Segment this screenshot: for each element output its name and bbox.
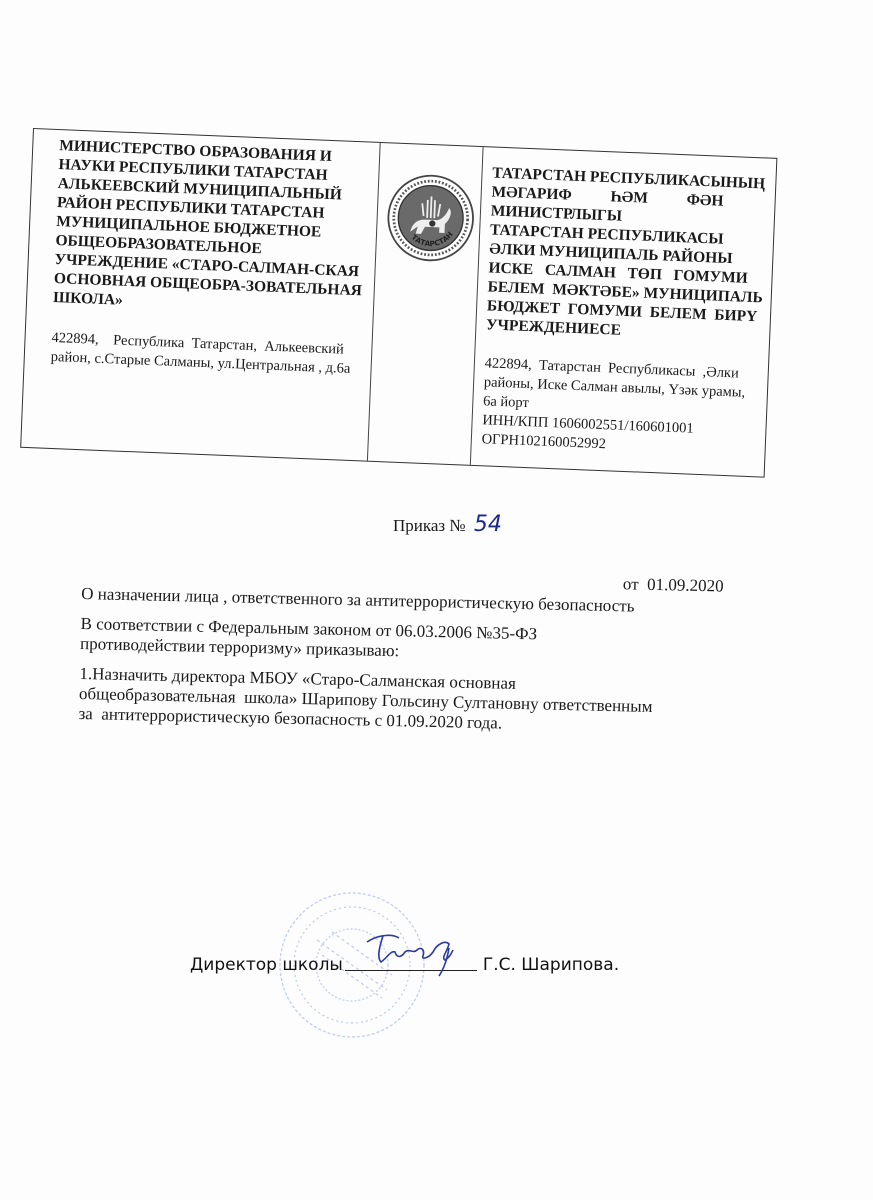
letterhead-emblem-cell: ТАТАРСТАН	[368, 143, 484, 465]
signature-block: Директор школы Г.С. Шарипова.	[190, 950, 619, 975]
org-address-russian: 422894, Республика Татарстан, Алькеевски…	[50, 329, 363, 379]
org-name-russian: МИНИСТЕРСТВО ОБРАЗОВАНИЯ И НАУКИ РЕСПУБЛ…	[53, 136, 371, 319]
letterhead-table: МИНИСТЕРСТВО ОБРАЗОВАНИЯ И НАУКИ РЕСПУБЛ…	[20, 128, 777, 478]
order-body: от 01.09.2020 О назначении лица , ответс…	[78, 562, 762, 749]
order-label: Приказ №	[393, 516, 466, 535]
org-address-tatar: 422894, Татарстан Республикасы ,Әлки рай…	[481, 354, 760, 460]
signer-name: Г.С. Шарипова.	[483, 955, 619, 975]
org-name-tatar: ТАТАРСТАН РЕСПУБЛИКАСЫНЫҢ МӘГАРИФ ҺӘМ ФӘ…	[486, 163, 768, 345]
signature-line	[345, 950, 477, 971]
document-page: МИНИСТЕРСТВО ОБРАЗОВАНИЯ И НАУКИ РЕСПУБЛ…	[0, 0, 873, 1200]
tatarstan-coat-of-arms-icon: ТАТАРСТАН	[384, 171, 478, 265]
signer-position: Директор школы	[190, 955, 343, 975]
order-number-handwritten: 54	[474, 512, 502, 537]
order-preamble: В соответствии с Федеральным законом от …	[80, 614, 761, 669]
handwritten-signature-icon	[359, 928, 469, 978]
order-title: Приказ № 54	[393, 512, 502, 537]
letterhead-left-russian: МИНИСТЕРСТВО ОБРАЗОВАНИЯ И НАУКИ РЕСПУБЛ…	[21, 129, 380, 461]
letterhead-right-tatar: ТАТАРСТАН РЕСПУБЛИКАСЫНЫҢ МӘГАРИФ ҺӘМ ФӘ…	[471, 147, 777, 477]
order-item-1: 1.Назначить директора МБОУ «Старо-Салман…	[78, 664, 759, 739]
